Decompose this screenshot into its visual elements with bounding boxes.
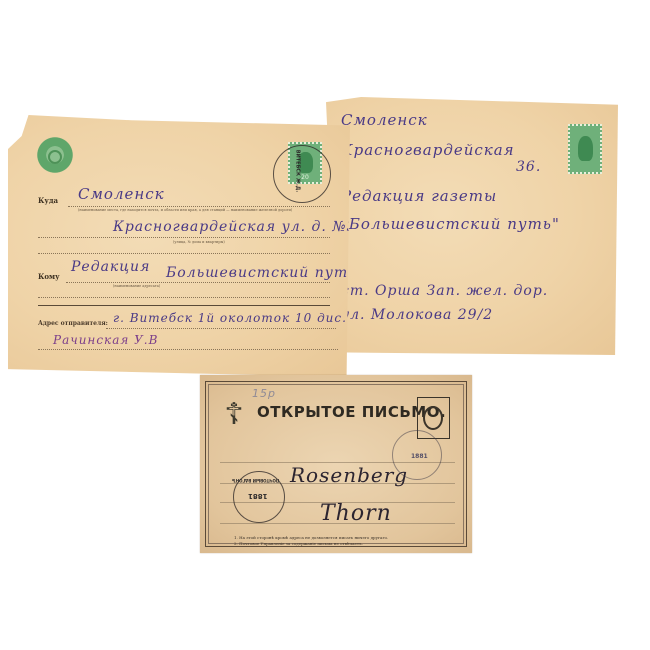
handwriting-right-7: ул. Молокова 29/2 bbox=[341, 307, 493, 323]
soviet-emblem-icon bbox=[36, 137, 74, 177]
handwriting-addressee-1: Редакция bbox=[71, 259, 150, 275]
handwriting-city: Смоленск bbox=[78, 185, 165, 203]
handwriting-addressee-2: Большевистский путь bbox=[166, 265, 357, 281]
handwriting-street: Красногвардейская ул. д. №36 bbox=[113, 219, 366, 235]
handwriting-right-6: ст. Орша Зап. жел. дор. bbox=[341, 283, 548, 299]
handwriting-right-2: Красногвардейская bbox=[341, 141, 515, 159]
label-sender: Адрес отправителя: bbox=[38, 320, 108, 327]
handwriting-sender-2: Рачинская У.В bbox=[53, 333, 158, 347]
hint-to-whom: (наименование адресата) bbox=[113, 284, 160, 288]
handwriting-right-5: "Большевистский путь" bbox=[341, 215, 560, 233]
envelope-left: 20 ВИТЕБСК Ж.Д. Куда Смоленск (наименова… bbox=[8, 115, 350, 377]
stamp bbox=[568, 124, 602, 174]
postmark-railway: 1881 ПОЧТОВЫЙ ВАГОНЪ bbox=[233, 471, 285, 523]
handwriting-right-1: Смоленск bbox=[341, 111, 428, 129]
handwriting-recipient: Rosenberg bbox=[290, 463, 408, 487]
hint-street: (улица, № дома и квартиры) bbox=[173, 240, 225, 244]
footnote-1: 1. На этой сторонѣ кромѣ адреса не дозво… bbox=[234, 535, 388, 540]
postcard: 15р ☦ ОТКРЫТОЕ ПИСЬМО. 1881 Rosenberg Th… bbox=[200, 375, 472, 553]
handwriting-right-4: Редакция газеты bbox=[341, 187, 497, 205]
handwriting-right-3: 36. bbox=[516, 159, 541, 175]
hint-to-where: (наименование места, где находится почта… bbox=[78, 208, 292, 212]
handwriting-city: Thorn bbox=[320, 501, 392, 526]
coat-of-arms-icon bbox=[423, 406, 443, 430]
handwriting-sender-1: г. Витебск 1й околоток 10 дис. П bbox=[113, 311, 363, 325]
footnote-2: 2. Почтовое Управленіе за содержаніе пис… bbox=[234, 541, 363, 546]
envelope-right: Смоленск Красногвардейская 36. Редакция … bbox=[326, 97, 618, 355]
label-to-where: Куда bbox=[38, 196, 58, 205]
postmark: ВИТЕБСК Ж.Д. bbox=[273, 145, 331, 203]
divider bbox=[38, 305, 330, 306]
stamp-portrait-icon bbox=[578, 136, 593, 161]
pencil-note: 15р bbox=[252, 387, 276, 400]
imperial-eagle-icon: ☦ bbox=[218, 397, 250, 433]
label-to-whom: Кому bbox=[38, 272, 60, 281]
